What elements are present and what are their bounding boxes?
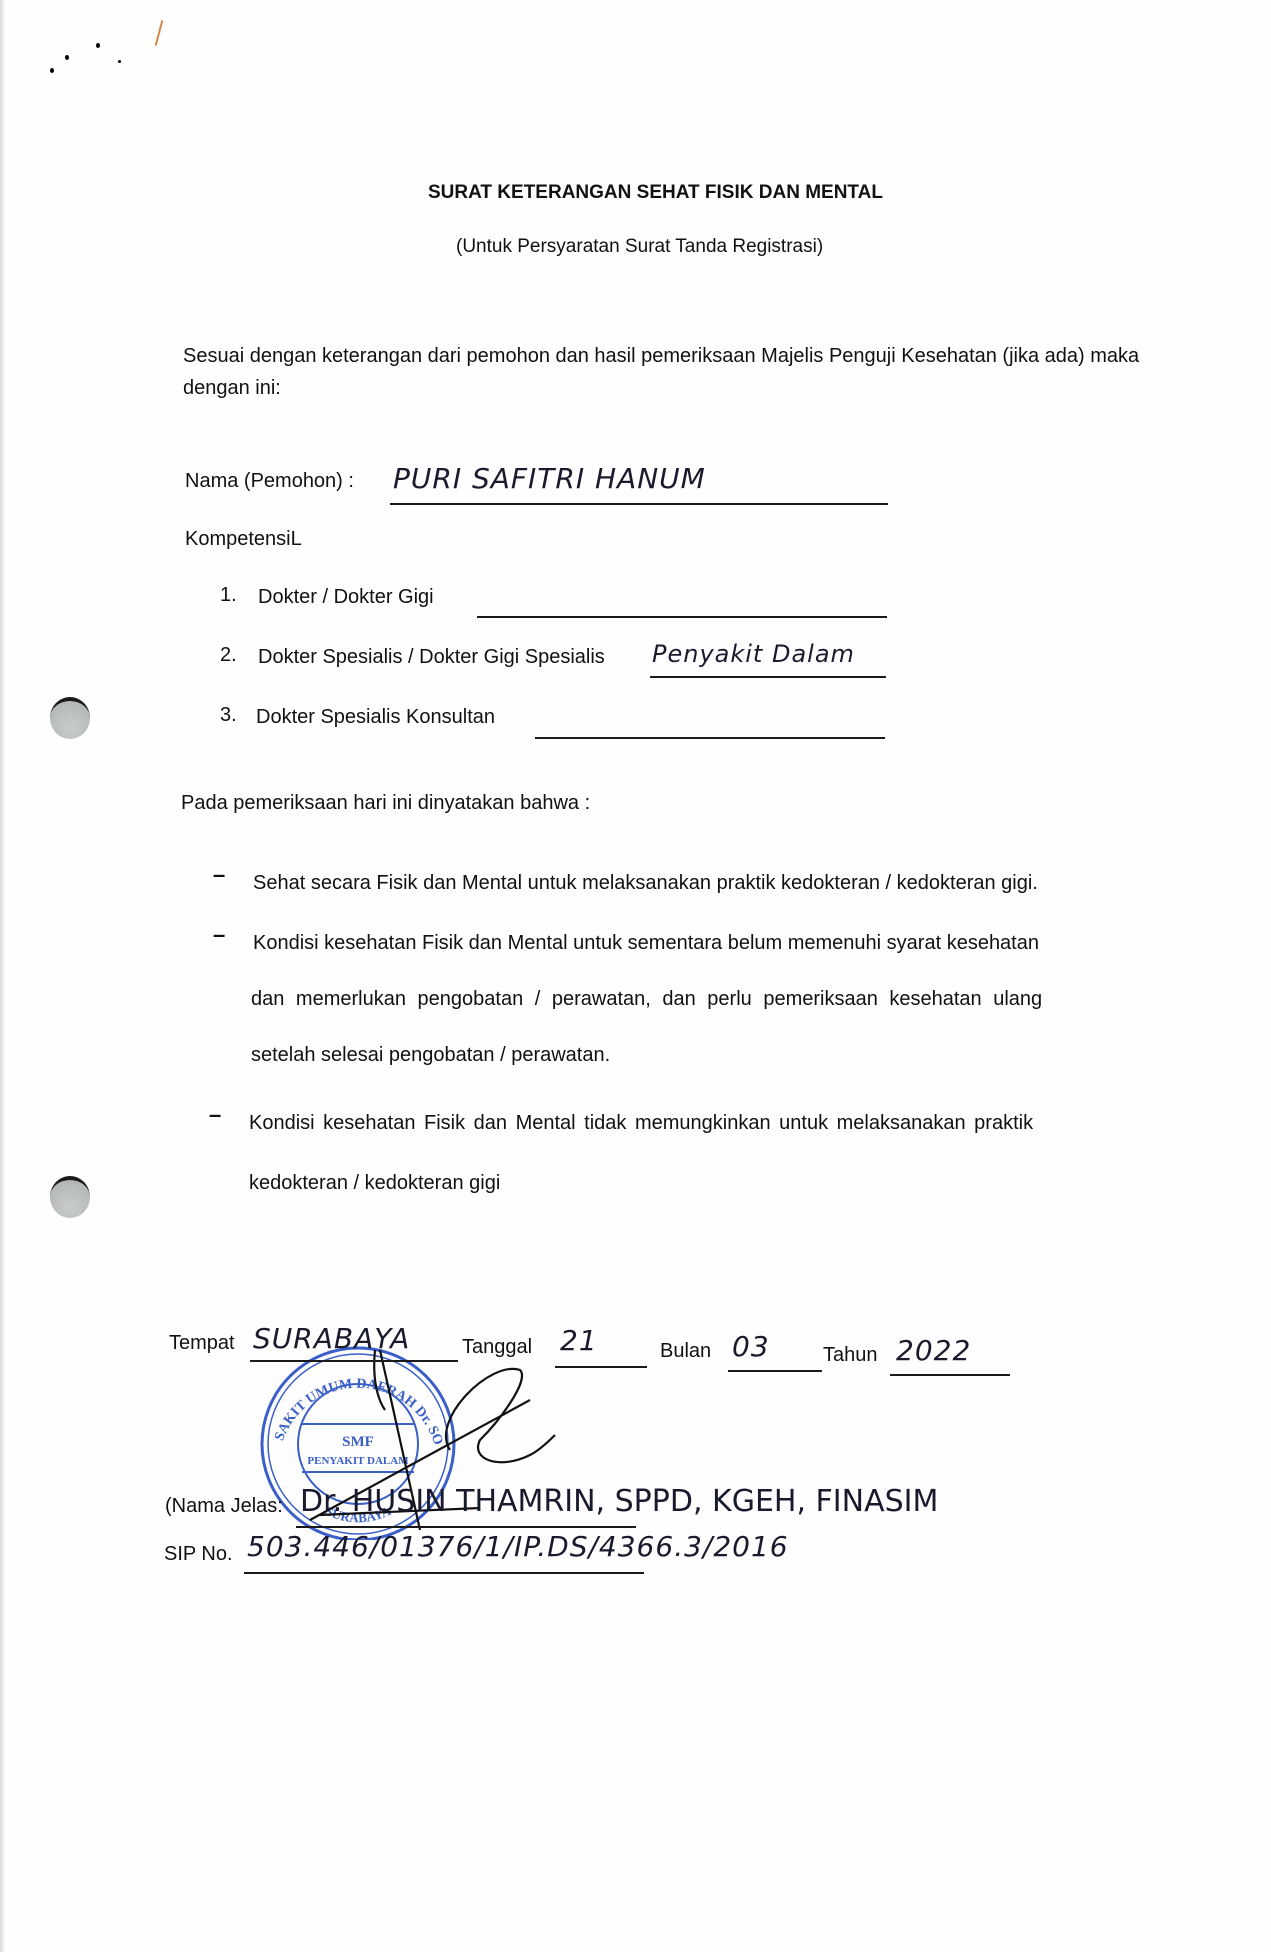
statement-3-line-2: kedokteran / kedokteran gigi [249, 1172, 500, 1195]
competence-2-underline [650, 676, 886, 678]
scan-edge [0, 0, 6, 1952]
competence-3-underline [535, 737, 885, 739]
statement-2-line-3: setelah selesai pengobatan / perawatan. [251, 1044, 610, 1067]
statement-1-bullet: – [213, 862, 225, 888]
applicant-name-value: PURI SAFITRI HANUM [393, 462, 706, 495]
competence-2-value: Penyakit Dalam [652, 640, 855, 668]
year-label: Tahun [823, 1344, 878, 1367]
year-value: 2022 [896, 1334, 971, 1367]
document-title: SURAT KETERANGAN SEHAT FISIK DAN MENTAL [428, 182, 883, 204]
punch-hole [50, 1176, 90, 1218]
applicant-underline [390, 503, 888, 505]
ink-speck [96, 43, 100, 48]
place-label: Tempat [169, 1332, 235, 1355]
applicant-label: Nama (Pemohon) : [185, 470, 354, 493]
competence-2-label: Dokter Spesialis / Dokter Gigi Spesialis [258, 646, 605, 669]
document-page: SURAT KETERANGAN SEHAT FISIK DAN MENTAL … [0, 0, 1271, 1952]
sip-value: 503.446/01376/1/IP.DS/4366.3/2016 [247, 1530, 789, 1563]
competence-3-label: Dokter Spesialis Konsultan [256, 706, 495, 729]
day-underline [555, 1366, 647, 1368]
ink-speck [118, 60, 121, 63]
ink-speck [50, 68, 54, 73]
month-value: 03 [732, 1330, 770, 1363]
signer-name-underline [296, 1526, 636, 1528]
document-subtitle: (Untuk Persyaratan Surat Tanda Registras… [456, 236, 823, 258]
sip-underline [244, 1572, 644, 1574]
statement-2-bullet: – [213, 922, 225, 948]
year-underline [890, 1374, 1010, 1376]
intro-paragraph: Sesuai dengan keterangan dari pemohon da… [183, 340, 1173, 404]
signer-name-value: Dr. HUSIN THAMRIN, SPPD, KGEH, FINASIM [300, 1484, 938, 1519]
place-value: SURABAYA [253, 1322, 410, 1355]
day-label: Tanggal [462, 1336, 532, 1359]
day-value: 21 [560, 1324, 598, 1357]
sip-label: SIP No. [164, 1543, 233, 1566]
punch-hole [50, 697, 90, 739]
statement-2-line-1: Kondisi kesehatan Fisik dan Mental untuk… [253, 932, 1039, 955]
competence-1-number: 1. [220, 584, 237, 607]
ink-speck [65, 55, 69, 60]
place-underline [250, 1360, 458, 1362]
competence-2-number: 2. [220, 644, 237, 667]
month-label: Bulan [660, 1340, 711, 1363]
pencil-mark [155, 20, 164, 46]
competence-3-number: 3. [220, 704, 237, 727]
month-underline [728, 1370, 822, 1372]
competence-1-label: Dokter / Dokter Gigi [258, 586, 434, 609]
statement-3-line-1: Kondisi kesehatan Fisik dan Mental tidak… [249, 1112, 1033, 1135]
statement-2-line-2: dan memerlukan pengobatan / perawatan, d… [251, 988, 1042, 1011]
statement-3-bullet: – [209, 1102, 221, 1128]
competence-label: KompetensiL [185, 528, 302, 551]
statement-1-line-1: Sehat secara Fisik dan Mental untuk mela… [253, 872, 1038, 895]
signer-name-label: (Nama Jelas: [165, 1495, 283, 1518]
exam-intro: Pada pemeriksaan hari ini dinyatakan bah… [181, 792, 590, 815]
competence-1-underline [477, 616, 887, 618]
